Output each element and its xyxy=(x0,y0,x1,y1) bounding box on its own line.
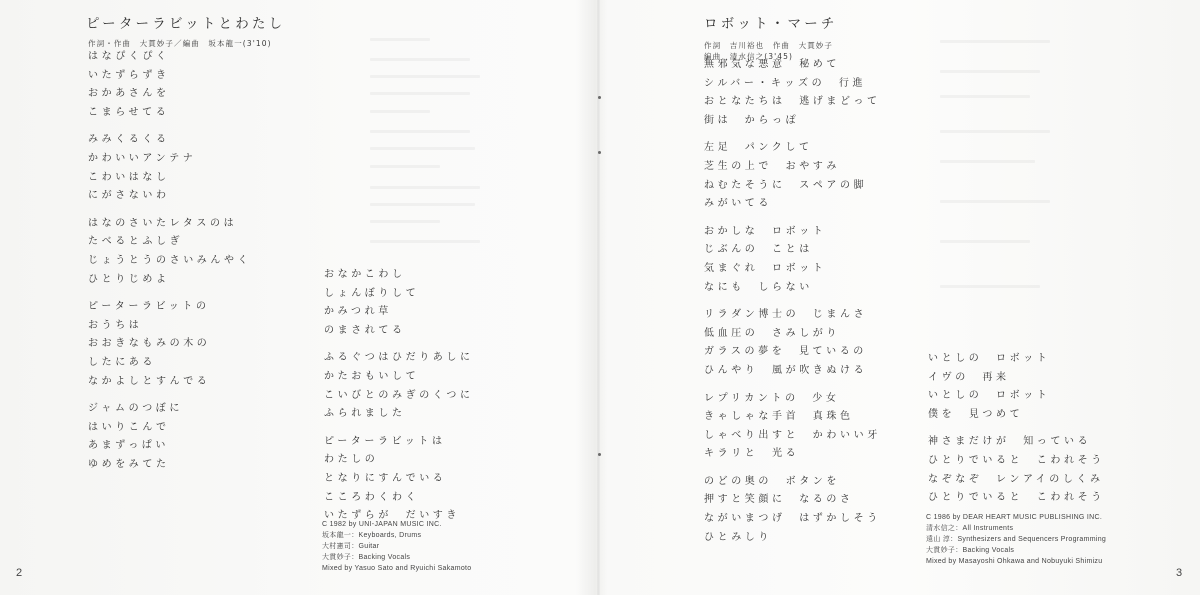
mix-credit: Mixed by Yasuo Sato and Ryuichi Sakamoto xyxy=(322,563,471,574)
lyric-line: じぶんの ことは xyxy=(704,241,881,260)
lyric-line: ひとりじめよ xyxy=(88,271,251,290)
lyric-line: ピーターラビットの xyxy=(88,298,251,317)
lyric-line: わたしの xyxy=(324,451,474,470)
stanza: 無邪気な悪意 秘めて シルバー・キッズの 行進 おとなたちは 逃げまどって 街は… xyxy=(704,56,881,130)
lyric-line: こわいはなし xyxy=(88,169,251,188)
stanza: ピーターラビットの おうちは おおきなもみの木の したにある なかよしとすんでる xyxy=(88,298,251,391)
lyric-line: ピーターラビットは xyxy=(324,433,474,452)
personnel-credit: 坂本龍一：Keyboards, Drums xyxy=(322,530,471,541)
lyric-line: ジャムのつぼに xyxy=(88,400,251,419)
lyric-line: なぞなぞ レンアイのしくみ xyxy=(928,471,1105,490)
stanza: ピーターラビットは わたしの となりにすんでいる こころわくわく いたずらが だ… xyxy=(324,433,474,526)
stanza: おなかこわし しょんぼりして かみつれ草 のまされてる xyxy=(324,266,474,340)
lyric-line: ガラスの夢を 見ているの xyxy=(704,343,881,362)
lyric-line: なにも しらない xyxy=(704,279,881,298)
lyric-line: ひとりでいると こわれそう xyxy=(928,452,1105,471)
lyric-line: ながいまつげ はずかしそう xyxy=(704,510,881,529)
lyric-line: いとしの ロボット xyxy=(928,350,1105,369)
lyric-line: おおきなもみの木の xyxy=(88,335,251,354)
personnel-credit: 遠山 淳：Synthesizers and Sequencers Program… xyxy=(926,534,1106,545)
lyric-line: 芝生の上で おやすみ xyxy=(704,158,881,177)
lyric-line: しょんぼりして xyxy=(324,285,474,304)
lyric-line: こころわくわく xyxy=(324,489,474,508)
lyric-line: かみつれ草 xyxy=(324,303,474,322)
song-title: ピーターラビットとわたし xyxy=(86,12,285,32)
lyric-line: ひとりでいると こわれそう xyxy=(928,489,1105,508)
lyric-line: じょうとうのさいみんやく xyxy=(88,252,251,271)
song-title: ロボット・マーチ xyxy=(704,12,838,32)
stanza: ふるぐつはひだりあしに かたおもいして こいびとのみぎのくつに ふられました xyxy=(324,349,474,423)
personnel-credit: 大貫妙子：Backing Vocals xyxy=(926,545,1106,556)
lyric-line: かわいいアンテナ xyxy=(88,150,251,169)
left-page: ピーターラビットとわたし 作詞・作曲 大貫妙子／編曲 坂本龍一(3'10) はな… xyxy=(0,0,597,595)
stanza: みみくるくる かわいいアンテナ こわいはなし にがさないわ xyxy=(88,131,251,205)
lyric-line: シルバー・キッズの 行進 xyxy=(704,75,881,94)
lyric-line: 左足 パンクして xyxy=(704,139,881,158)
lyric-line: ねむたそうに スペアの脚 xyxy=(704,177,881,196)
lyric-line: おとなたちは 逃げまどって xyxy=(704,93,881,112)
mix-credit: Mixed by Masayoshi Ohkawa and Nobuyuki S… xyxy=(926,556,1106,567)
lyrics-column-2: おなかこわし しょんぼりして かみつれ草 のまされてる ふるぐつはひだりあしに … xyxy=(324,266,474,535)
lyric-line: のどの奥の ボタンを xyxy=(704,473,881,492)
lyric-line: 神さまだけが 知っている xyxy=(928,433,1105,452)
lyric-line: レプリカントの 少女 xyxy=(704,390,881,409)
lyric-line: いたずらずき xyxy=(88,67,251,86)
lyric-line: おなかこわし xyxy=(324,266,474,285)
lyric-line: リラダン博士の じまんさ xyxy=(704,306,881,325)
stanza: レプリカントの 少女 きゃしゃな手首 真珠色 しゃべり出すと かわいい牙 キラリ… xyxy=(704,390,881,464)
lyric-line: ひとみしり xyxy=(704,529,881,548)
lyric-line: のまされてる xyxy=(324,322,474,341)
lyric-line: はなのさいたレタスのは xyxy=(88,215,251,234)
lyric-line: ふるぐつはひだりあしに xyxy=(324,349,474,368)
stanza: のどの奥の ボタンを 押すと笑顔に なるのさ ながいまつげ はずかしそう ひとみ… xyxy=(704,473,881,547)
lyric-line: なかよしとすんでる xyxy=(88,373,251,392)
copyright-block: C 1986 by DEAR HEART MUSIC PUBLISHING IN… xyxy=(926,512,1106,567)
lyrics-composer-credit: 作詞 吉川裕也 作曲 大貫妙子 xyxy=(704,40,833,51)
stanza: ジャムのつぼに はいりこんで あまずっぱい ゆめをみてた xyxy=(88,400,251,474)
lyric-line: 無邪気な悪意 秘めて xyxy=(704,56,881,75)
lyric-line: 低血圧の さみしがり xyxy=(704,325,881,344)
personnel-credit: 大村憲司：Guitar xyxy=(322,541,471,552)
stanza: リラダン博士の じまんさ 低血圧の さみしがり ガラスの夢を 見ているの ひんや… xyxy=(704,306,881,380)
lyric-line: キラリと 光る xyxy=(704,445,881,464)
stanza: いとしの ロボット イヴの 再来 いとしの ロボット 僕を 見つめて xyxy=(928,350,1105,424)
lyric-line: きゃしゃな手首 真珠色 xyxy=(704,408,881,427)
lyric-line: あまずっぱい xyxy=(88,437,251,456)
lyric-line: こいびとのみぎのくつに xyxy=(324,387,474,406)
lyric-line: はなぴくぴく xyxy=(88,48,251,67)
lyric-line: かたおもいして xyxy=(324,368,474,387)
lyric-line: おかしな ロボット xyxy=(704,223,881,242)
lyric-line: おうちは xyxy=(88,317,251,336)
lyric-line: ゆめをみてた xyxy=(88,456,251,475)
lyric-line: ひんやり 風が吹きぬける xyxy=(704,362,881,381)
stanza: 神さまだけが 知っている ひとりでいると こわれそう なぞなぞ レンアイのしくみ… xyxy=(928,433,1105,507)
lyric-line: にがさないわ xyxy=(88,187,251,206)
lyric-line: いとしの ロボット xyxy=(928,387,1105,406)
lyrics-column-1: 無邪気な悪意 秘めて シルバー・キッズの 行進 おとなたちは 逃げまどって 街は… xyxy=(704,56,881,556)
copyright-notice: C 1986 by DEAR HEART MUSIC PUBLISHING IN… xyxy=(926,512,1106,523)
lyrics-column-2: いとしの ロボット イヴの 再来 いとしの ロボット 僕を 見つめて 神さまだけ… xyxy=(928,350,1105,517)
page-number: 2 xyxy=(16,567,22,579)
personnel-credit: 清水信之：All Instruments xyxy=(926,523,1106,534)
lyric-line: 気まぐれ ロボット xyxy=(704,260,881,279)
copyright-block: C 1982 by UNI-JAPAN MUSIC INC. 坂本龍一：Keyb… xyxy=(322,519,471,574)
lyric-line: イヴの 再来 xyxy=(928,369,1105,388)
lyric-line: 僕を 見つめて xyxy=(928,406,1105,425)
stanza: 左足 パンクして 芝生の上で おやすみ ねむたそうに スペアの脚 みがいてる xyxy=(704,139,881,213)
lyric-line: みみくるくる xyxy=(88,131,251,150)
personnel-credit: 大貫妙子：Backing Vocals xyxy=(322,552,471,563)
right-page: ロボット・マーチ 作詞 吉川裕也 作曲 大貫妙子 編曲 清水信之(3'45) 無… xyxy=(600,0,1200,595)
lyric-line: 街は からっぽ xyxy=(704,112,881,131)
copyright-notice: C 1982 by UNI-JAPAN MUSIC INC. xyxy=(322,519,471,530)
lyric-line: みがいてる xyxy=(704,195,881,214)
lyric-line: 押すと笑顔に なるのさ xyxy=(704,491,881,510)
stanza: おかしな ロボット じぶんの ことは 気まぐれ ロボット なにも しらない xyxy=(704,223,881,297)
lyrics-column-1: はなぴくぴく いたずらずき おかあさんを こまらせてる みみくるくる かわいいア… xyxy=(88,48,251,483)
lyric-line: はいりこんで xyxy=(88,419,251,438)
lyric-line: ふられました xyxy=(324,405,474,424)
stanza: はなのさいたレタスのは たべるとふしぎ じょうとうのさいみんやく ひとりじめよ xyxy=(88,215,251,289)
stanza: はなぴくぴく いたずらずき おかあさんを こまらせてる xyxy=(88,48,251,122)
lyric-line: したにある xyxy=(88,354,251,373)
lyric-line: たべるとふしぎ xyxy=(88,233,251,252)
lyric-line: こまらせてる xyxy=(88,104,251,123)
lyric-line: しゃべり出すと かわいい牙 xyxy=(704,427,881,446)
lyric-line: となりにすんでいる xyxy=(324,470,474,489)
page-number: 3 xyxy=(1176,567,1182,579)
lyric-line: おかあさんを xyxy=(88,85,251,104)
